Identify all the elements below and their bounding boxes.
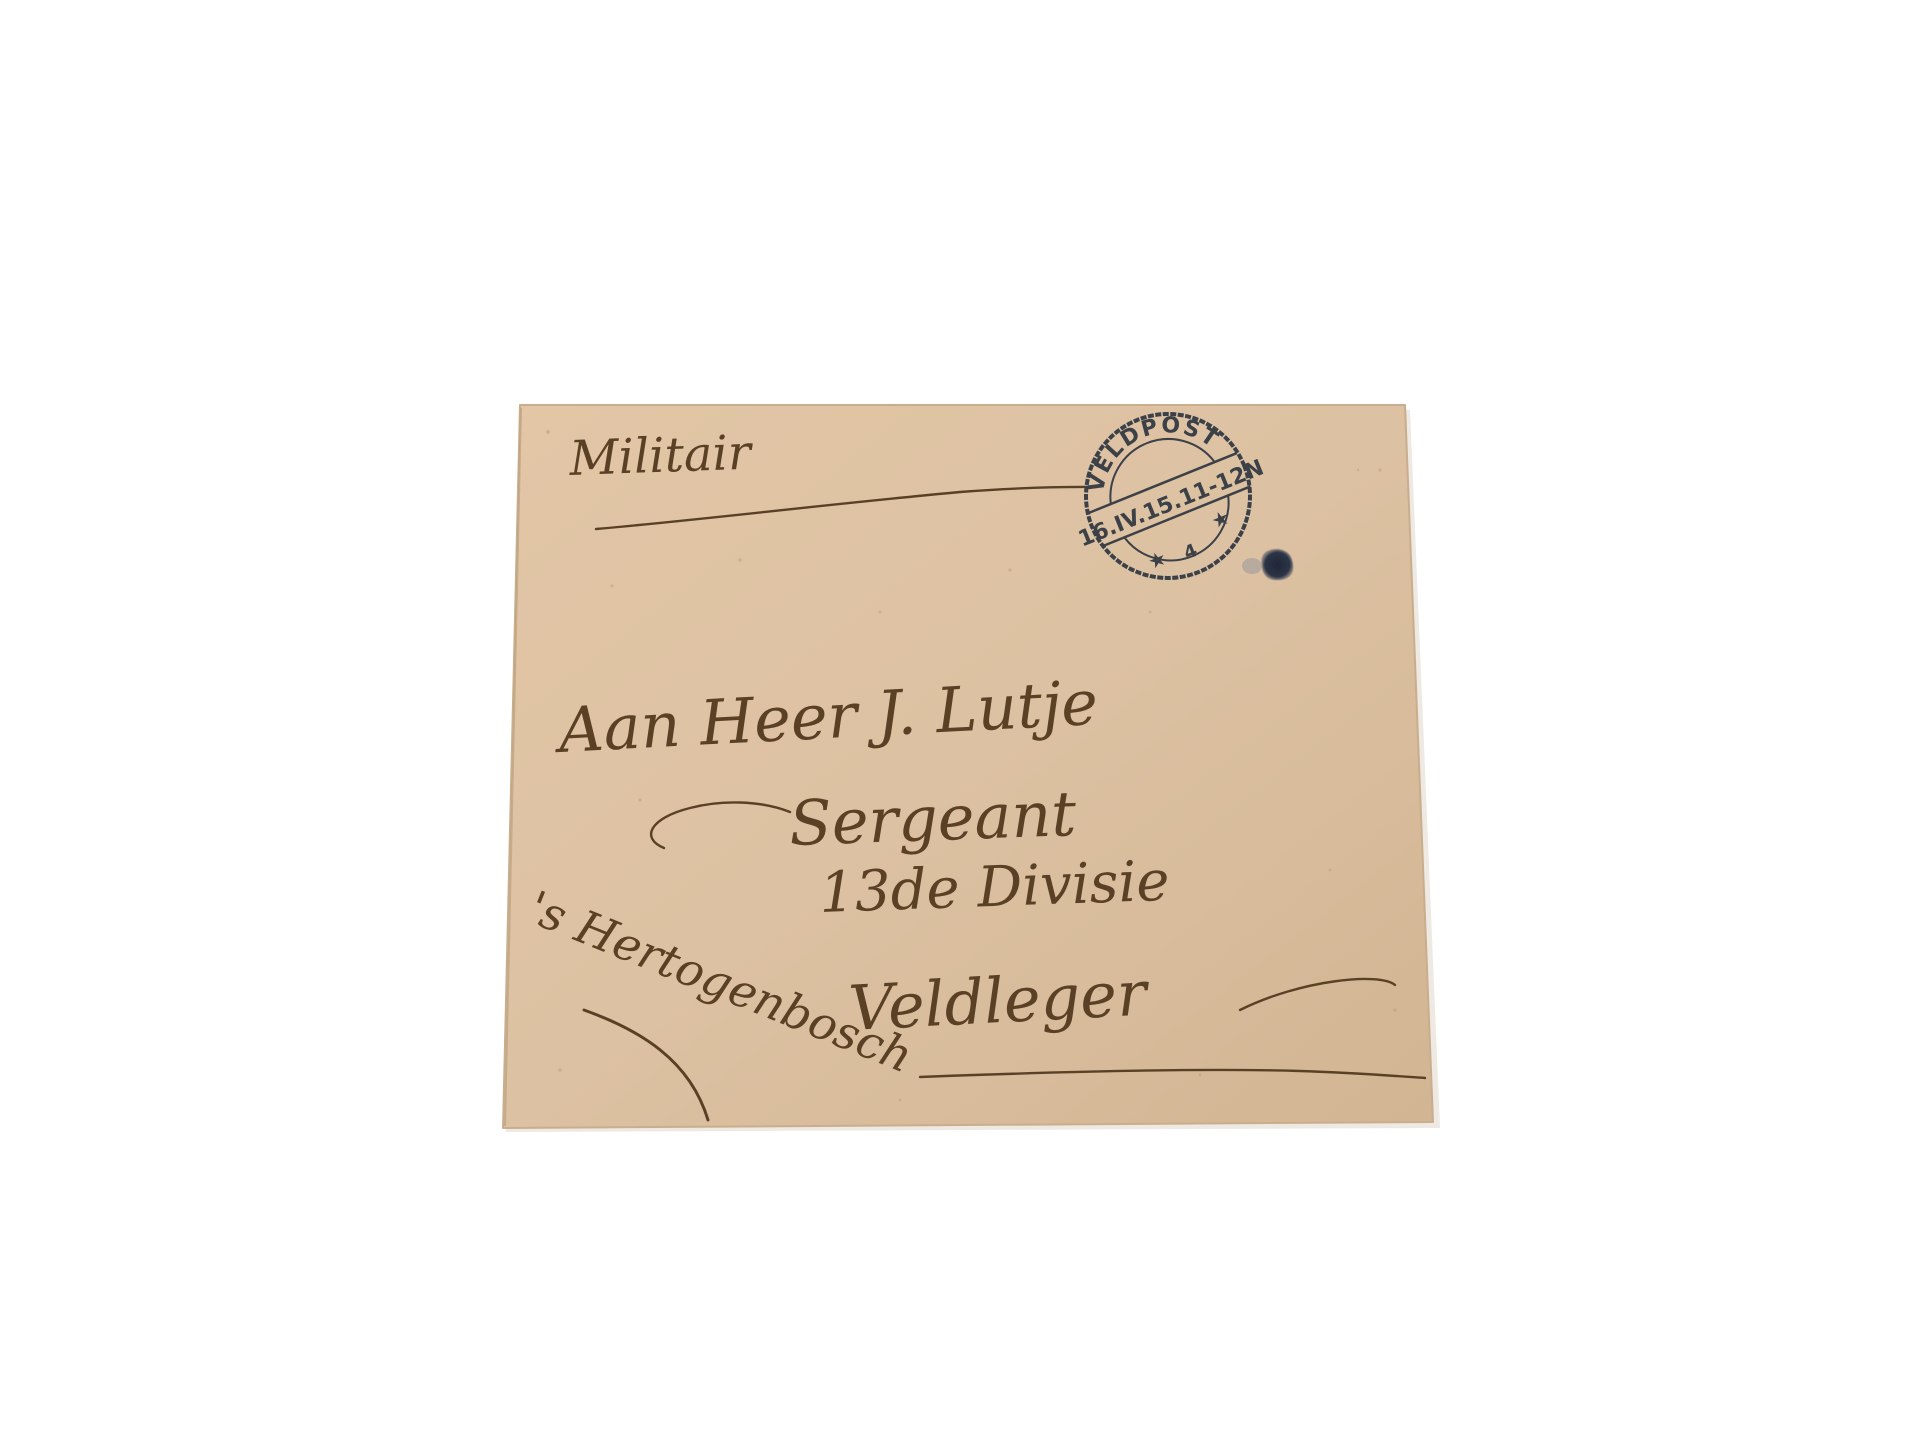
photo-stage: Militair VELDPOST 16.IV.15.11-12N ★ 4 ★ … <box>0 0 1920 1440</box>
address-line-3: 13de Divisie <box>818 849 1170 926</box>
address-line-2: Sergeant <box>788 777 1077 860</box>
service-marking: Militair <box>567 425 754 487</box>
envelope-photo: Militair VELDPOST 16.IV.15.11-12N ★ 4 ★ … <box>0 0 1920 1440</box>
